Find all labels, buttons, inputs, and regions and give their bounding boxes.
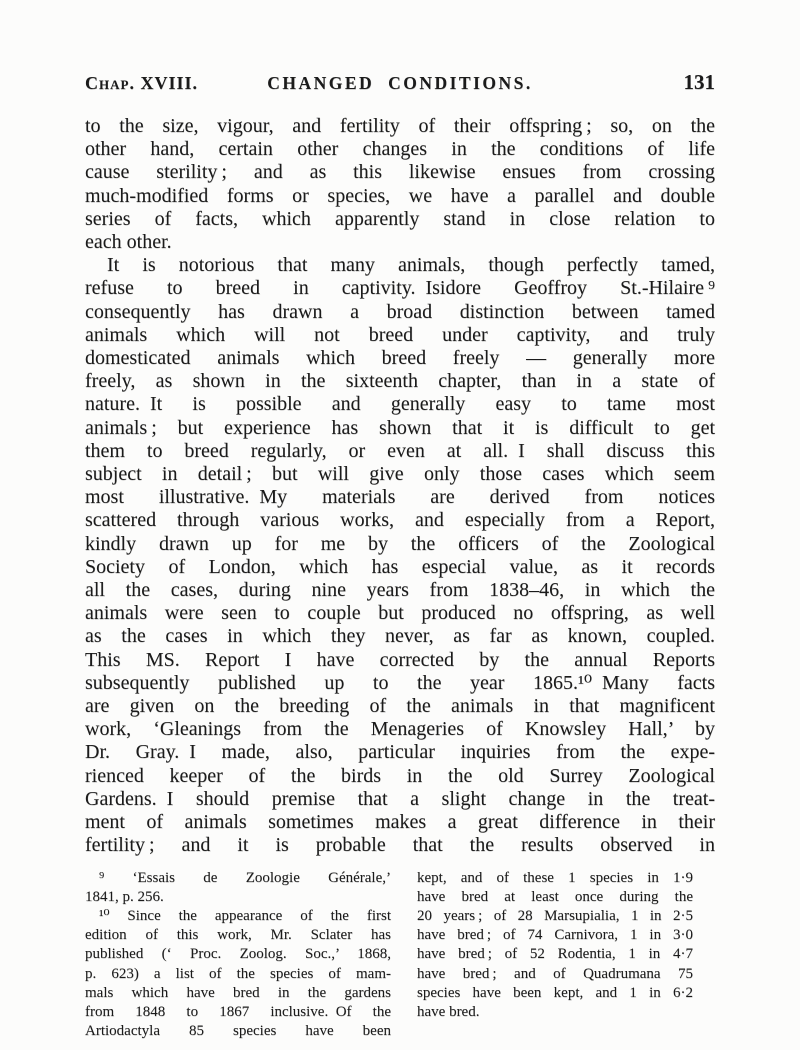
text-line: ment of animals sometimes makes a great …	[85, 811, 715, 834]
text-line: subsequently published up to the year 18…	[85, 672, 715, 695]
footnote-line: have bred.	[417, 1003, 693, 1022]
footnote-line: 1841, p. 256.	[85, 888, 391, 907]
text-line: animals ; but experience has shown that …	[85, 417, 715, 440]
footnote-column-right: kept, and of these 1 species in 1·9have …	[417, 869, 693, 1042]
text-line: much-modified forms or species, we have …	[85, 185, 715, 208]
text-line: fertility ; and it is probable that the …	[85, 834, 715, 857]
footnote-line: mals which have bred in the gardens	[85, 984, 391, 1003]
text-line: other hand, certain other changes in the…	[85, 138, 715, 161]
text-line: refuse to breed in captivity. Isidore Ge…	[85, 277, 715, 300]
text-line: each other.	[85, 231, 715, 254]
footnote-line: have bred ; of 74 Carnivora, 1 in 3·0	[417, 926, 693, 945]
footnotes: ⁹ ‘Essais de Zoologie Générale,’1841, p.…	[85, 869, 715, 1042]
text-line: work, ‘Gleanings from the Menageries of …	[85, 718, 715, 741]
footnote-line: published (‘ Proc. Zoolog. Soc.,’ 1868,	[85, 945, 391, 964]
text-line: freely, as shown in the sixteenth chapte…	[85, 370, 715, 393]
page-title: CHANGED CONDITIONS.	[235, 73, 565, 94]
footnote-line: Artiodactyla 85 species have been	[85, 1022, 391, 1041]
text-line: Dr. Gray. I made, also, particular inqui…	[85, 741, 715, 764]
footnote-line: have bred ; and of Quadrumana 75	[417, 965, 693, 984]
text-line: all the cases, during nine years from 18…	[85, 579, 715, 602]
text-line: domesticated animals which breed freely …	[85, 347, 715, 370]
running-head: Chap. XVIII. CHANGED CONDITIONS. 131	[85, 70, 715, 95]
text-line: animals were seen to couple but produced…	[85, 602, 715, 625]
text-line: nature. It is possible and generally eas…	[85, 393, 715, 416]
text-line: as the cases in which they never, as far…	[85, 625, 715, 648]
text-line: Gardens. I should premise that a slight …	[85, 788, 715, 811]
text-line: them to breed regularly, or even at all.…	[85, 440, 715, 463]
text-line: Society of London, which has especial va…	[85, 556, 715, 579]
body-text: to the size, vigour, and fertility of th…	[85, 115, 715, 858]
text-line: animals which will not breed under capti…	[85, 324, 715, 347]
footnote-line: have bred ; of 52 Rodentia, 1 in 4·7	[417, 945, 693, 964]
footnote-line: have bred at least once during the	[417, 888, 693, 907]
text-line: It is notorious that many animals, thoug…	[85, 254, 715, 277]
text-line: rienced keeper of the birds in the old S…	[85, 765, 715, 788]
text-line: are given on the breeding of the animals…	[85, 695, 715, 718]
text-line: to the size, vigour, and fertility of th…	[85, 115, 715, 138]
text-line: This MS. Report I have corrected by the …	[85, 649, 715, 672]
footnote-line: ¹⁰ Since the appearance of the first	[85, 907, 391, 926]
text-line: consequently has drawn a broad distincti…	[85, 301, 715, 324]
footnote-line: species have been kept, and 1 in 6·2	[417, 984, 693, 1003]
footnote-column-left: ⁹ ‘Essais de Zoologie Générale,’1841, p.…	[85, 869, 391, 1042]
footnote-line: p. 623) a list of the species of mam-	[85, 965, 391, 984]
text-line: scattered through various works, and esp…	[85, 509, 715, 532]
footnote-line: 20 years ; of 28 Marsupialia, 1 in 2·5	[417, 907, 693, 926]
text-line: cause sterility ; and as this likewise e…	[85, 161, 715, 184]
text-line: most illustrative. My materials are deri…	[85, 486, 715, 509]
footnote-line: ⁹ ‘Essais de Zoologie Générale,’	[85, 869, 391, 888]
footnote-line: from 1848 to 1867 inclusive. Of the	[85, 1003, 391, 1022]
footnote-line: edition of this work, Mr. Sclater has	[85, 926, 391, 945]
book-page: Chap. XVIII. CHANGED CONDITIONS. 131 to …	[0, 0, 800, 1050]
text-line: kindly drawn up for me by the officers o…	[85, 533, 715, 556]
footnote-column-gap	[391, 869, 417, 1042]
chapter-label: Chap. XVIII.	[85, 73, 235, 94]
text-line: series of facts, which apparently stand …	[85, 208, 715, 231]
text-line: subject in detail ; but will give only t…	[85, 463, 715, 486]
page-number: 131	[565, 70, 715, 95]
footnote-line: kept, and of these 1 species in 1·9	[417, 869, 693, 888]
